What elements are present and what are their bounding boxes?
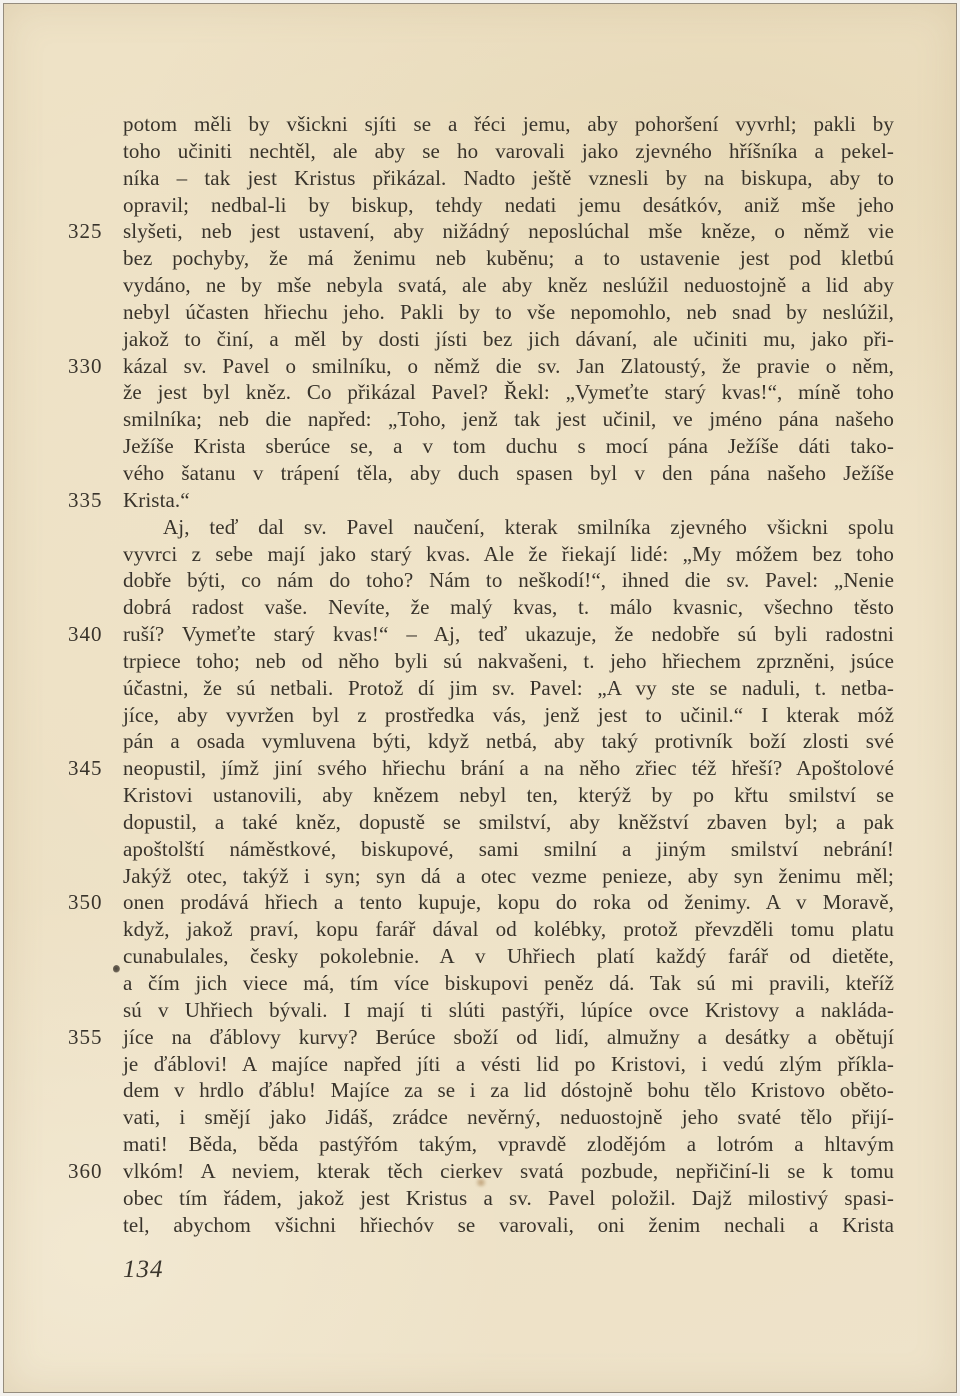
text-line: dem v hrdlo ďáblu! Majíce za se i za lid… — [123, 1077, 894, 1104]
text-line: jakož to činí, a měl by dosti jísti bez … — [123, 326, 894, 353]
text-line: vydáno, ne by mše nebyla svatá, ale aby … — [123, 272, 894, 299]
line-text: bez pochyby, že má ženimu neb kuběnu; a … — [123, 245, 894, 272]
text-line: sú v Uhřiech bývali. I mají ti slúti pas… — [123, 997, 894, 1024]
text-line: vého šatanu v trápení těla, aby duch spa… — [123, 460, 894, 487]
text-line: potom měli by všickni sjíti se a řéci je… — [123, 111, 894, 138]
line-text: pán a osada vymluvena býti, když netbá, … — [123, 728, 894, 755]
line-text: vyvrci z sebe mají jako starý kvas. Ale … — [123, 541, 894, 568]
text-line: že jest byl kněz. Co přikázal Pavel? Řek… — [123, 379, 894, 406]
line-text: neopustil, jímž jiní svého hřiechu brání… — [123, 755, 894, 782]
line-text: jakož to činí, a měl by dosti jísti bez … — [123, 326, 894, 353]
text-line: tel, abychom všichni hřiechóv se varoval… — [123, 1212, 894, 1239]
line-text: sú v Uhřiech bývali. I mají ti slúti pas… — [123, 997, 894, 1024]
margin-line-number: 340 — [68, 621, 118, 648]
line-text: mati! Běda, běda pastýřóm takým, vpravdě… — [123, 1131, 894, 1158]
paper-stain — [474, 1178, 488, 1187]
text-line: trpiece toho; neb od něho byli sú nakvaš… — [123, 648, 894, 675]
line-text: dobře býti, co nám do toho? Nám to neško… — [123, 567, 894, 594]
line-text: je ďáblovi! A majíce napřed jíti a vésti… — [123, 1051, 894, 1078]
text-line: 330 kázal sv. Pavel o smilníku, o němž d… — [123, 353, 894, 380]
line-text: Kristovi ustanovili, aby knězem nebyl te… — [123, 782, 894, 809]
page-number: 134 — [123, 1256, 164, 1284]
text-line: vati, i smějí jako Jidáš, zrádce nevěrný… — [123, 1104, 894, 1131]
text-line: 345 neopustil, jímž jiní svého hřiechu b… — [123, 755, 894, 782]
line-text: že jest byl kněz. Co přikázal Pavel? Řek… — [123, 379, 894, 406]
text-line: je ďáblovi! A majíce napřed jíti a vésti… — [123, 1051, 894, 1078]
text-line: toho učiniti nechtěl, ale aby se ho varo… — [123, 138, 894, 165]
line-text: Aj, teď dal sv. Pavel naučení, kterak sm… — [123, 514, 894, 541]
margin-line-number: 355 — [68, 1024, 118, 1051]
text-line: dobrá radost vaše. Nevíte, že malý kvas,… — [123, 594, 894, 621]
text-line: 360 vlkóm! A neviem, kterak těch cierkev… — [123, 1158, 894, 1185]
line-text: toho učiniti nechtěl, ale aby se ho varo… — [123, 138, 894, 165]
margin-line-number: 330 — [68, 353, 118, 380]
line-text: dem v hrdlo ďáblu! Majíce za se i za lid… — [123, 1077, 894, 1104]
text-line: nebyl účasten hřiechu jeho. Pakli by to … — [123, 299, 894, 326]
margin-line-number: 335 — [68, 487, 118, 514]
text-line: Kristovi ustanovili, aby knězem nebyl te… — [123, 782, 894, 809]
line-text: trpiece toho; neb od něho byli sú nakvaš… — [123, 648, 894, 675]
text-line: Ježíše Krista sberúce se, a v tom duchu … — [123, 433, 894, 460]
line-text: obec tím řádem, jakož jest Kristus a sv.… — [123, 1185, 894, 1212]
line-text: apoštolští náměstkové, biskupové, sami s… — [123, 836, 894, 863]
line-text: účastni, že sú netbali. Protož dí jim sv… — [123, 675, 894, 702]
line-text: jíce na ďáblovy kurvy? Berúce sboží od l… — [123, 1024, 894, 1051]
text-line: účastni, že sú netbali. Protož dí jim sv… — [123, 675, 894, 702]
margin-line-number: 350 — [68, 889, 118, 916]
ink-speck — [113, 965, 120, 973]
line-text: onen prodává hřiech a tento kupuje, kopu… — [123, 889, 894, 916]
line-text: Krista.“ — [123, 487, 894, 514]
line-text: opravil; nedbal-li by biskup, tehdy neda… — [123, 192, 894, 219]
line-text: kázal sv. Pavel o smilníku, o němž die s… — [123, 353, 894, 380]
margin-line-number: 325 — [68, 218, 118, 245]
text-line: dopustil, a také kněz, dopustě se smilst… — [123, 809, 894, 836]
line-text: dopustil, a také kněz, dopustě se smilst… — [123, 809, 894, 836]
line-text: vydáno, ne by mše nebyla svatá, ale aby … — [123, 272, 894, 299]
text-line: když, jakož praví, kopu farář dával od k… — [123, 916, 894, 943]
text-line: 335 Krista.“ — [123, 487, 894, 514]
text-line: bez pochyby, že má ženimu neb kuběnu; a … — [123, 245, 894, 272]
text-line: a čím jich viece má, tím více biskupovi … — [123, 970, 894, 997]
text-line: mati! Běda, běda pastýřóm takým, vpravdě… — [123, 1131, 894, 1158]
text-line: obec tím řádem, jakož jest Kristus a sv.… — [123, 1185, 894, 1212]
line-text: nebyl účasten hřiechu jeho. Pakli by to … — [123, 299, 894, 326]
line-text: dobrá radost vaše. Nevíte, že malý kvas,… — [123, 594, 894, 621]
text-line: pán a osada vymluvena býti, když netbá, … — [123, 728, 894, 755]
line-text: když, jakož praví, kopu farář dával od k… — [123, 916, 894, 943]
line-text: slyšeti, neb jest ustavení, aby nižádný … — [123, 218, 894, 245]
text-line: cunabulales, česky pokolebnie. A v Uhřie… — [123, 943, 894, 970]
line-text: potom měli by všickni sjíti se a řéci je… — [123, 111, 894, 138]
line-text: cunabulales, česky pokolebnie. A v Uhřie… — [123, 943, 894, 970]
text-line: smilníka; neb die napřed: „Toho, jenž ta… — [123, 406, 894, 433]
text-block: potom měli by všickni sjíti se a řéci je… — [123, 111, 894, 1238]
line-text: smilníka; neb die napřed: „Toho, jenž ta… — [123, 406, 894, 433]
text-line: dobře býti, co nám do toho? Nám to neško… — [123, 567, 894, 594]
text-line: jíce, aby vyvržen byl z prostředka vás, … — [123, 702, 894, 729]
margin-line-number: 360 — [68, 1158, 118, 1185]
margin-line-number: 345 — [68, 755, 118, 782]
line-text: Jakýž otec, takýž i syn; syn dá a otec v… — [123, 863, 894, 890]
line-text: vlkóm! A neviem, kterak těch cierkev sva… — [123, 1158, 894, 1185]
text-line: 355 jíce na ďáblovy kurvy? Berúce sboží … — [123, 1024, 894, 1051]
line-text: níka – tak jest Kristus přikázal. Nadto … — [123, 165, 894, 192]
line-text: Ježíše Krista sberúce se, a v tom duchu … — [123, 433, 894, 460]
text-line: apoštolští náměstkové, biskupové, sami s… — [123, 836, 894, 863]
text-line: vyvrci z sebe mají jako starý kvas. Ale … — [123, 541, 894, 568]
text-line: opravil; nedbal-li by biskup, tehdy neda… — [123, 192, 894, 219]
scanned-page: potom měli by všickni sjíti se a řéci je… — [0, 0, 960, 1396]
line-text: jíce, aby vyvržen byl z prostředka vás, … — [123, 702, 894, 729]
line-text: vati, i smějí jako Jidáš, zrádce nevěrný… — [123, 1104, 894, 1131]
text-line: 350 onen prodává hřiech a tento kupuje, … — [123, 889, 894, 916]
line-text: ruší? Vymeťte starý kvas!“ – Aj, teď uka… — [123, 621, 894, 648]
book-page: potom měli by všickni sjíti se a řéci je… — [3, 3, 957, 1393]
line-text: a čím jich viece má, tím více biskupovi … — [123, 970, 894, 997]
line-text: vého šatanu v trápení těla, aby duch spa… — [123, 460, 894, 487]
line-text: tel, abychom všichni hřiechóv se varoval… — [123, 1212, 894, 1239]
text-line: Jakýž otec, takýž i syn; syn dá a otec v… — [123, 863, 894, 890]
text-line: Aj, teď dal sv. Pavel naučení, kterak sm… — [123, 514, 894, 541]
text-line: 340 ruší? Vymeťte starý kvas!“ – Aj, teď… — [123, 621, 894, 648]
text-line: níka – tak jest Kristus přikázal. Nadto … — [123, 165, 894, 192]
text-line: 325 slyšeti, neb jest ustavení, aby nižá… — [123, 218, 894, 245]
